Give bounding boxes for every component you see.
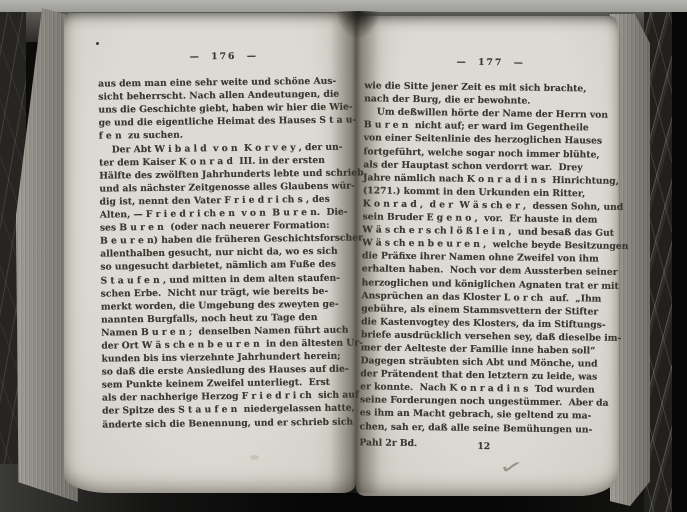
right-page-number-header: — 177 — [365, 54, 617, 71]
right-page-text: — 177 — wie die Sitte jener Zeit es mit … [359, 54, 616, 453]
paper-foxing-spot [250, 455, 259, 460]
paper-foxing-spot [150, 252, 157, 257]
left-page-number-header: — 176 — [98, 48, 350, 64]
left-page-text: — 176 — aus dem man eine sehr weite und … [98, 48, 355, 431]
sheet-signature-number: 12 [477, 439, 490, 452]
pencil-checkmark-icon: ✓ [497, 453, 525, 480]
paper-foxing-spot [298, 182, 303, 186]
text-line: chen, sah er, daß alle seine Bemühungen … [359, 420, 611, 437]
book-photograph: — 176 — aus dem man eine sehr weite und … [0, 0, 687, 512]
book-gutter-top-notch [336, 11, 380, 39]
background-dark-area [672, 12, 687, 512]
paper-foxing-spot [432, 302, 440, 307]
volume-signature: Pahl 2r Bd. [359, 436, 417, 450]
left-page-body: aus dem man eine sehr weite und schöne A… [98, 75, 354, 432]
paper-foxing-spot [560, 122, 565, 126]
ink-speck [96, 42, 99, 45]
right-page-body: wie die Sitte jener Zeit es mit sich bra… [359, 79, 616, 436]
